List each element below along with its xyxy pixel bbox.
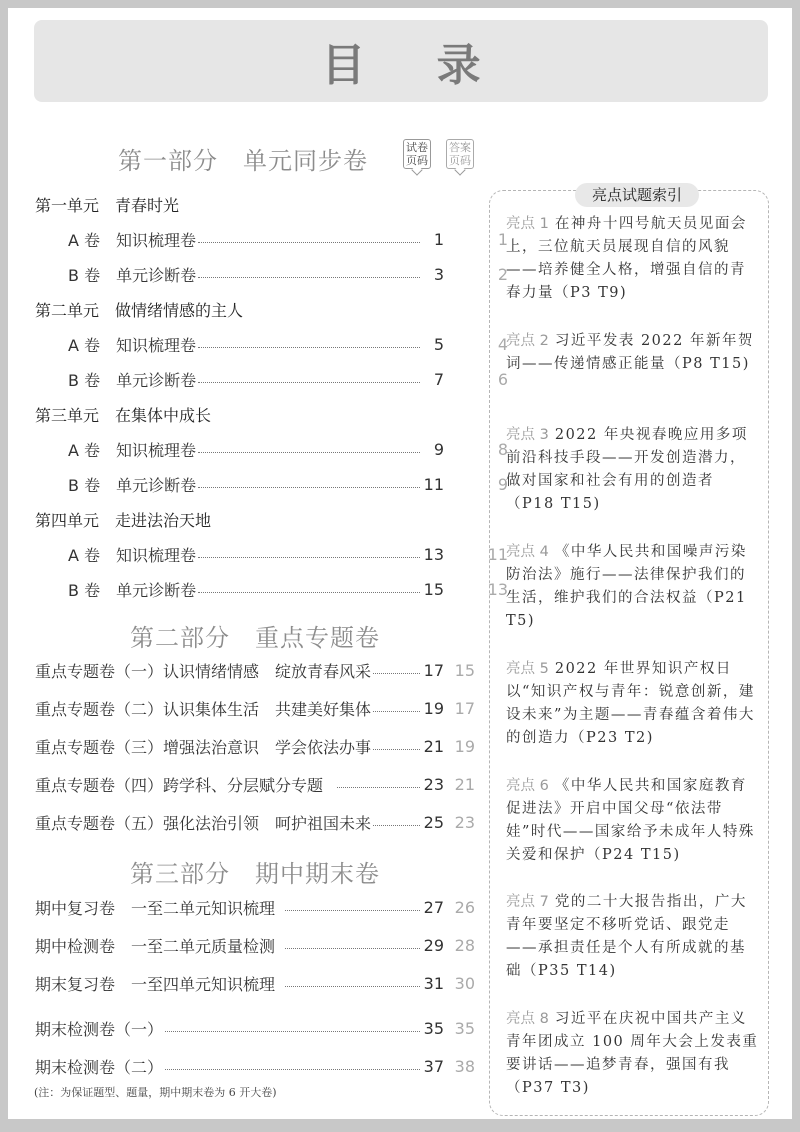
toc-row[interactable]: 期末检测卷（二）3738 <box>35 1054 444 1078</box>
answer-page: 23 <box>451 813 475 832</box>
paper-page: 17 <box>422 661 444 680</box>
paper-page: 13 <box>422 545 444 564</box>
toc-row[interactable]: B 卷 单元诊断卷119 <box>68 472 444 496</box>
dot-leader <box>198 557 420 558</box>
highlight-key: 亮点 7 <box>506 894 549 910</box>
toc-row[interactable]: A 卷 知识梳理卷11 <box>68 227 444 251</box>
row-label: 重点专题卷（四）跨学科、分层赋分专题 <box>35 773 323 796</box>
answer-page-tag-line2: 页码 <box>447 154 473 167</box>
answer-page: 28 <box>451 936 475 955</box>
paper-page-tag: 试卷 页码 <box>403 139 431 169</box>
dot-leader <box>165 1031 420 1032</box>
part3-title: 第三部分 期中期末卷 <box>130 854 380 889</box>
dot-leader <box>198 452 420 453</box>
highlight-key: 亮点 1 <box>506 216 549 232</box>
unit-title: 第三单元 在集体中成长 <box>35 403 211 426</box>
highlights-title: 亮点试题索引 <box>575 183 699 207</box>
highlight-key: 亮点 4 <box>506 544 549 560</box>
answer-page: 19 <box>451 737 475 756</box>
paper-page: 9 <box>422 440 444 459</box>
paper-page: 19 <box>422 699 444 718</box>
dot-leader <box>373 673 420 674</box>
part1-title: 第一部分 单元同步卷 <box>118 141 368 176</box>
toc-row[interactable]: 期中复习卷 一至二单元知识梳理2726 <box>35 895 444 919</box>
answer-page: 26 <box>451 898 475 917</box>
row-label: 重点专题卷（五）强化法治引领 呵护祖国未来 <box>35 811 371 834</box>
row-label: 重点专题卷（二）认识集体生活 共建美好集体 <box>35 697 371 720</box>
answer-page: 38 <box>451 1057 475 1076</box>
paper-page: 7 <box>422 370 444 389</box>
row-label: 重点专题卷（一）认识情绪情感 绽放青春风采 <box>35 659 371 682</box>
toc-row[interactable]: 期中检测卷 一至二单元质量检测2928 <box>35 933 444 957</box>
row-label: B 卷 单元诊断卷 <box>68 578 196 601</box>
paper-page: 23 <box>422 775 444 794</box>
row-label: 期末检测卷（一） <box>35 1017 163 1040</box>
footnote: (注：为保证题型、题量，期中期末卷为 6 开大卷) <box>34 1084 277 1100</box>
toc-row[interactable]: 重点专题卷（三）增强法治意识 学会依法办事2119 <box>35 734 444 758</box>
toc-row[interactable]: B 卷 单元诊断卷1513 <box>68 577 444 601</box>
dot-leader <box>373 711 420 712</box>
row-label: B 卷 单元诊断卷 <box>68 473 196 496</box>
paper-page: 27 <box>422 898 444 917</box>
toc-row[interactable]: 期末复习卷 一至四单元知识梳理3130 <box>35 971 444 995</box>
paper-page: 21 <box>422 737 444 756</box>
toc-row[interactable]: A 卷 知识梳理卷98 <box>68 437 444 461</box>
answer-page: 21 <box>451 775 475 794</box>
row-label: A 卷 知识梳理卷 <box>68 543 196 566</box>
toc-row[interactable]: B 卷 单元诊断卷76 <box>68 367 444 391</box>
toc-row[interactable]: 重点专题卷（四）跨学科、分层赋分专题2321 <box>35 772 444 796</box>
unit-title: 第四单元 走进法治天地 <box>35 508 211 531</box>
page-title: 目 录 <box>321 29 508 93</box>
toc-row[interactable]: B 卷 单元诊断卷32 <box>68 262 444 286</box>
highlight-item[interactable]: 亮点 7党的二十大报告指出，广大青年要坚定不移听党话、跟党走——承担责任是个人有… <box>506 891 760 983</box>
highlight-key: 亮点 8 <box>506 1011 549 1027</box>
dot-leader <box>373 749 420 750</box>
answer-page: 15 <box>451 661 475 680</box>
paper-page: 5 <box>422 335 444 354</box>
toc-page: 目 录 第一部分 单元同步卷 试卷 页码 答案 页码 第一单元 青春时光 A 卷… <box>8 8 792 1119</box>
unit-title: 第一单元 青春时光 <box>35 193 179 216</box>
dot-leader <box>337 787 420 788</box>
highlight-item[interactable]: 亮点 6《中华人民共和国家庭教育促进法》开启中国父母“依法带娃”时代——国家给予… <box>506 775 760 867</box>
highlight-item[interactable]: 亮点 2习近平发表 2022 年新年贺词——传递情感正能量（P8 T15) <box>506 330 760 376</box>
row-label: 期末检测卷（二） <box>35 1055 163 1078</box>
dot-leader <box>198 487 420 488</box>
paper-page: 37 <box>422 1057 444 1076</box>
dot-leader <box>198 382 420 383</box>
toc-row[interactable]: A 卷 知识梳理卷1311 <box>68 542 444 566</box>
title-banner: 目 录 <box>34 20 768 102</box>
dot-leader <box>198 347 420 348</box>
toc-row[interactable]: 期末检测卷（一）3535 <box>35 1016 444 1040</box>
highlight-key: 亮点 5 <box>506 661 549 677</box>
answer-page: 35 <box>451 1019 475 1038</box>
toc-row[interactable]: 重点专题卷（二）认识集体生活 共建美好集体1917 <box>35 696 444 720</box>
row-label: 期中复习卷 一至二单元知识梳理 <box>35 896 275 919</box>
row-label: 期中检测卷 一至二单元质量检测 <box>35 934 275 957</box>
dot-leader <box>165 1069 420 1070</box>
row-label: B 卷 单元诊断卷 <box>68 368 196 391</box>
unit-title: 第二单元 做情绪情感的主人 <box>35 298 243 321</box>
dot-leader <box>285 986 420 987</box>
paper-page: 31 <box>422 974 444 993</box>
row-label: 重点专题卷（三）增强法治意识 学会依法办事 <box>35 735 371 758</box>
toc-row[interactable]: 重点专题卷（一）认识情绪情感 绽放青春风采1715 <box>35 658 444 682</box>
highlight-key: 亮点 3 <box>506 427 549 443</box>
highlight-item[interactable]: 亮点 4《中华人民共和国噪声污染防治法》施行——法律保护我们的生活，维护我们的合… <box>506 541 760 633</box>
answer-page: 17 <box>451 699 475 718</box>
highlight-item[interactable]: 亮点 8习近平在庆祝中国共产主义青年团成立 100 周年大会上发表重要讲话——追… <box>506 1008 760 1100</box>
row-label: B 卷 单元诊断卷 <box>68 263 196 286</box>
highlight-key: 亮点 2 <box>506 333 549 349</box>
paper-page: 29 <box>422 936 444 955</box>
paper-page-tag-line2: 页码 <box>404 154 430 167</box>
dot-leader <box>198 592 420 593</box>
answer-page-tag: 答案 页码 <box>446 139 474 169</box>
paper-page: 35 <box>422 1019 444 1038</box>
paper-page: 15 <box>422 580 444 599</box>
paper-page: 25 <box>422 813 444 832</box>
row-label: A 卷 知识梳理卷 <box>68 438 196 461</box>
dot-leader <box>285 948 420 949</box>
row-label: A 卷 知识梳理卷 <box>68 333 196 356</box>
toc-row[interactable]: 重点专题卷（五）强化法治引领 呵护祖国未来2523 <box>35 810 444 834</box>
row-label: A 卷 知识梳理卷 <box>68 228 196 251</box>
paper-page-tag-line1: 试卷 <box>404 141 430 154</box>
paper-page: 3 <box>422 265 444 284</box>
paper-page: 11 <box>422 475 444 494</box>
dot-leader <box>373 825 420 826</box>
paper-page: 1 <box>422 230 444 249</box>
toc-row[interactable]: A 卷 知识梳理卷54 <box>68 332 444 356</box>
row-label: 期末复习卷 一至四单元知识梳理 <box>35 972 275 995</box>
answer-page-tag-line1: 答案 <box>447 141 473 154</box>
highlight-item[interactable]: 亮点 32022 年央视春晚应用多项前沿科技手段——开发创造潜力，做对国家和社会… <box>506 424 760 516</box>
dot-leader <box>198 242 420 243</box>
highlight-item[interactable]: 亮点 1在神舟十四号航天员见面会上，三位航天员展现自信的风貌——培养健全人格，增… <box>506 213 760 305</box>
dot-leader <box>198 277 420 278</box>
highlight-key: 亮点 6 <box>506 778 549 794</box>
part2-title: 第二部分 重点专题卷 <box>130 618 380 653</box>
answer-page: 30 <box>451 974 475 993</box>
dot-leader <box>285 910 420 911</box>
highlight-item[interactable]: 亮点 52022 年世界知识产权日以“知识产权与青年：锐意创新，建设未来”为主题… <box>506 658 760 750</box>
